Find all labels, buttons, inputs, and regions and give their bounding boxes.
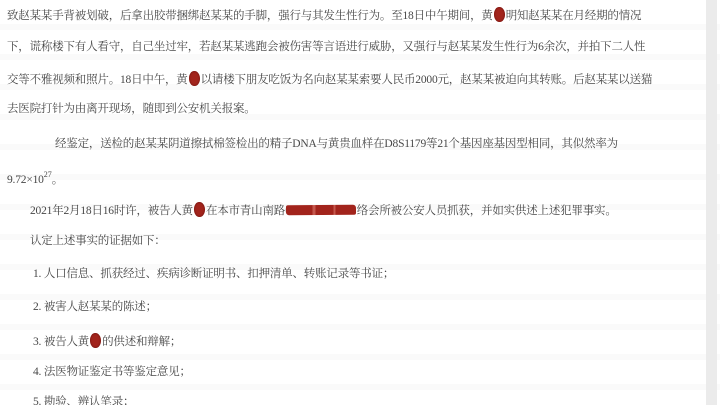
text-line: 交等不雅视频和照片。18日中午，黄以请楼下朋友吃饭为名向赵某某索要人民币2000… xyxy=(7,71,652,88)
text-line: 2. 被害人赵某某的陈述； xyxy=(33,300,157,315)
text-line: 3. 被告人黄的供述和辩解； xyxy=(33,333,181,350)
redaction-dot xyxy=(494,7,505,22)
text-line: 1. 人口信息、抓获经过、疾病诊断证明书、扣押清单、转账记录等书证； xyxy=(33,267,394,282)
scrollbar-track[interactable] xyxy=(706,0,717,405)
document-body: 致赵某某手背被划破，后拿出胶带捆绑赵某某的手脚，强行与其发生性行为。至18日中午… xyxy=(0,0,720,405)
redaction-dot xyxy=(90,333,101,348)
text-line: 5. 勘验、辨认笔录； xyxy=(33,395,134,405)
text-line: 9.72×1027。 xyxy=(7,167,63,188)
redaction-dot xyxy=(194,202,205,217)
document-page: 致赵某某手背被划破，后拿出胶带捆绑赵某某的手脚，强行与其发生性行为。至18日中午… xyxy=(0,0,720,405)
redaction-bar xyxy=(286,205,356,216)
text-line: 致赵某某手背被划破，后拿出胶带捆绑赵某某的手脚，强行与其发生性行为。至18日中午… xyxy=(7,7,641,24)
text-line: 认定上述事实的证据如下： xyxy=(30,234,166,249)
text-line: 4. 法医物证鉴定书等鉴定意见； xyxy=(33,365,191,380)
superscript-exponent: 27 xyxy=(44,170,52,179)
text-line: 2021年2月18日16时许，被告人黄在本市青山南路000络会所被公安人员抓获，… xyxy=(30,202,617,219)
redaction-dot xyxy=(189,71,200,86)
text-line: 经鉴定，送检的赵某某阴道擦拭棉签检出的精子DNA与黄贵血样在D8S1179等21… xyxy=(55,137,618,152)
text-line: 去医院打针为由离开现场，随即到公安机关报案。 xyxy=(7,102,256,117)
text-line: 下，谎称楼下有人看守，自己坐过牢，若赵某某逃跑会被伤害等言语进行威胁，又强行与赵… xyxy=(7,40,645,55)
